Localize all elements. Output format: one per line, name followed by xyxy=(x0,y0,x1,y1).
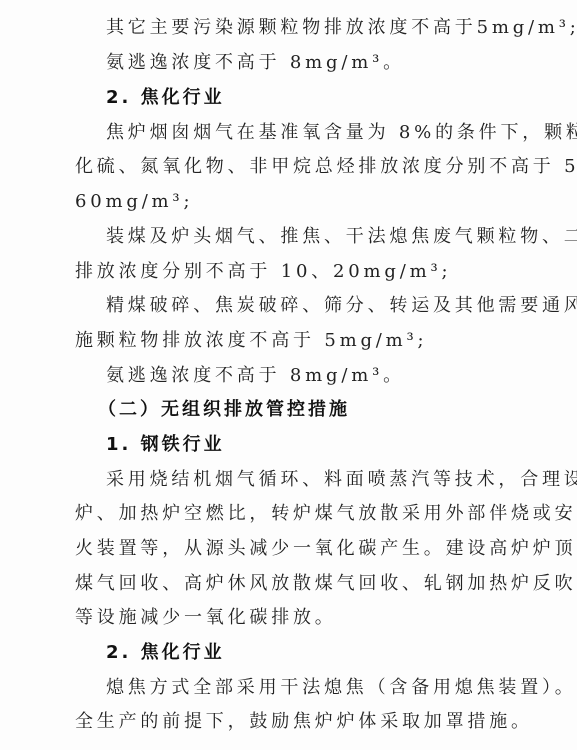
paragraph-line: 排放浓度分别不高于 10、20mg/m³; xyxy=(75,260,515,284)
paragraph-line: 全生产的前提下，鼓励焦炉炉体采取加罩措施。 xyxy=(75,710,515,734)
paragraph-line: 熄焦方式全部采用干法熄焦（含备用熄焦装置）。在保证安 xyxy=(106,676,546,700)
document-page: 其它主要污染源颗粒物排放浓度不高于5mg/m³; 氨逃逸浓度不高于 8mg/m³… xyxy=(0,0,577,750)
paragraph-line: 采用烧结机烟气循环、料面喷蒸汽等技术，合理设置热风 xyxy=(106,468,546,492)
paragraph-line: 氨逃逸浓度不高于 8mg/m³。 xyxy=(106,364,546,388)
paragraph-line: 装煤及炉头烟气、推焦、干法熄焦废气颗粒物、二氧化硫 xyxy=(106,225,546,249)
subheading-steel-industry: 1. 钢铁行业 xyxy=(106,433,546,457)
paragraph-line: 施颗粒物排放浓度不高于 5mg/m³; xyxy=(75,329,515,353)
paragraph-line: 焦炉烟囱烟气在基准氧含量为 8%的条件下，颗粒物、二氧 xyxy=(106,121,546,145)
paragraph-line: 煤气回收、高炉休风放散煤气回收、轧钢加热炉反吹煤气回收 xyxy=(75,572,515,596)
paragraph-line: 60mg/m³; xyxy=(75,190,515,214)
paragraph-line: 化硫、氮氧化物、非甲烷总烃排放浓度分别不高于 5、15、50、 xyxy=(75,155,515,179)
subheading-coking-industry-2: 2. 焦化行业 xyxy=(106,641,546,665)
subheading-coking-industry: 2. 焦化行业 xyxy=(106,86,546,110)
section-heading-unorganized-emission: （二）无组织排放管控措施 xyxy=(98,398,538,422)
paragraph-line: 其它主要污染源颗粒物排放浓度不高于5mg/m³; xyxy=(106,16,546,40)
paragraph-line: 火装置等，从源头减少一氧化碳产生。建设高炉炉顶均压放散 xyxy=(75,537,515,561)
paragraph-line: 炉、加热炉空燃比，转炉煤气放散采用外部伴烧或安装自动点 xyxy=(75,502,515,526)
paragraph-line: 氨逃逸浓度不高于 8mg/m³。 xyxy=(106,51,546,75)
paragraph-line: 精煤破碎、焦炭破碎、筛分、转运及其他需要通风的生产设 xyxy=(106,294,546,318)
paragraph-line: 等设施减少一氧化碳排放。 xyxy=(75,606,515,630)
